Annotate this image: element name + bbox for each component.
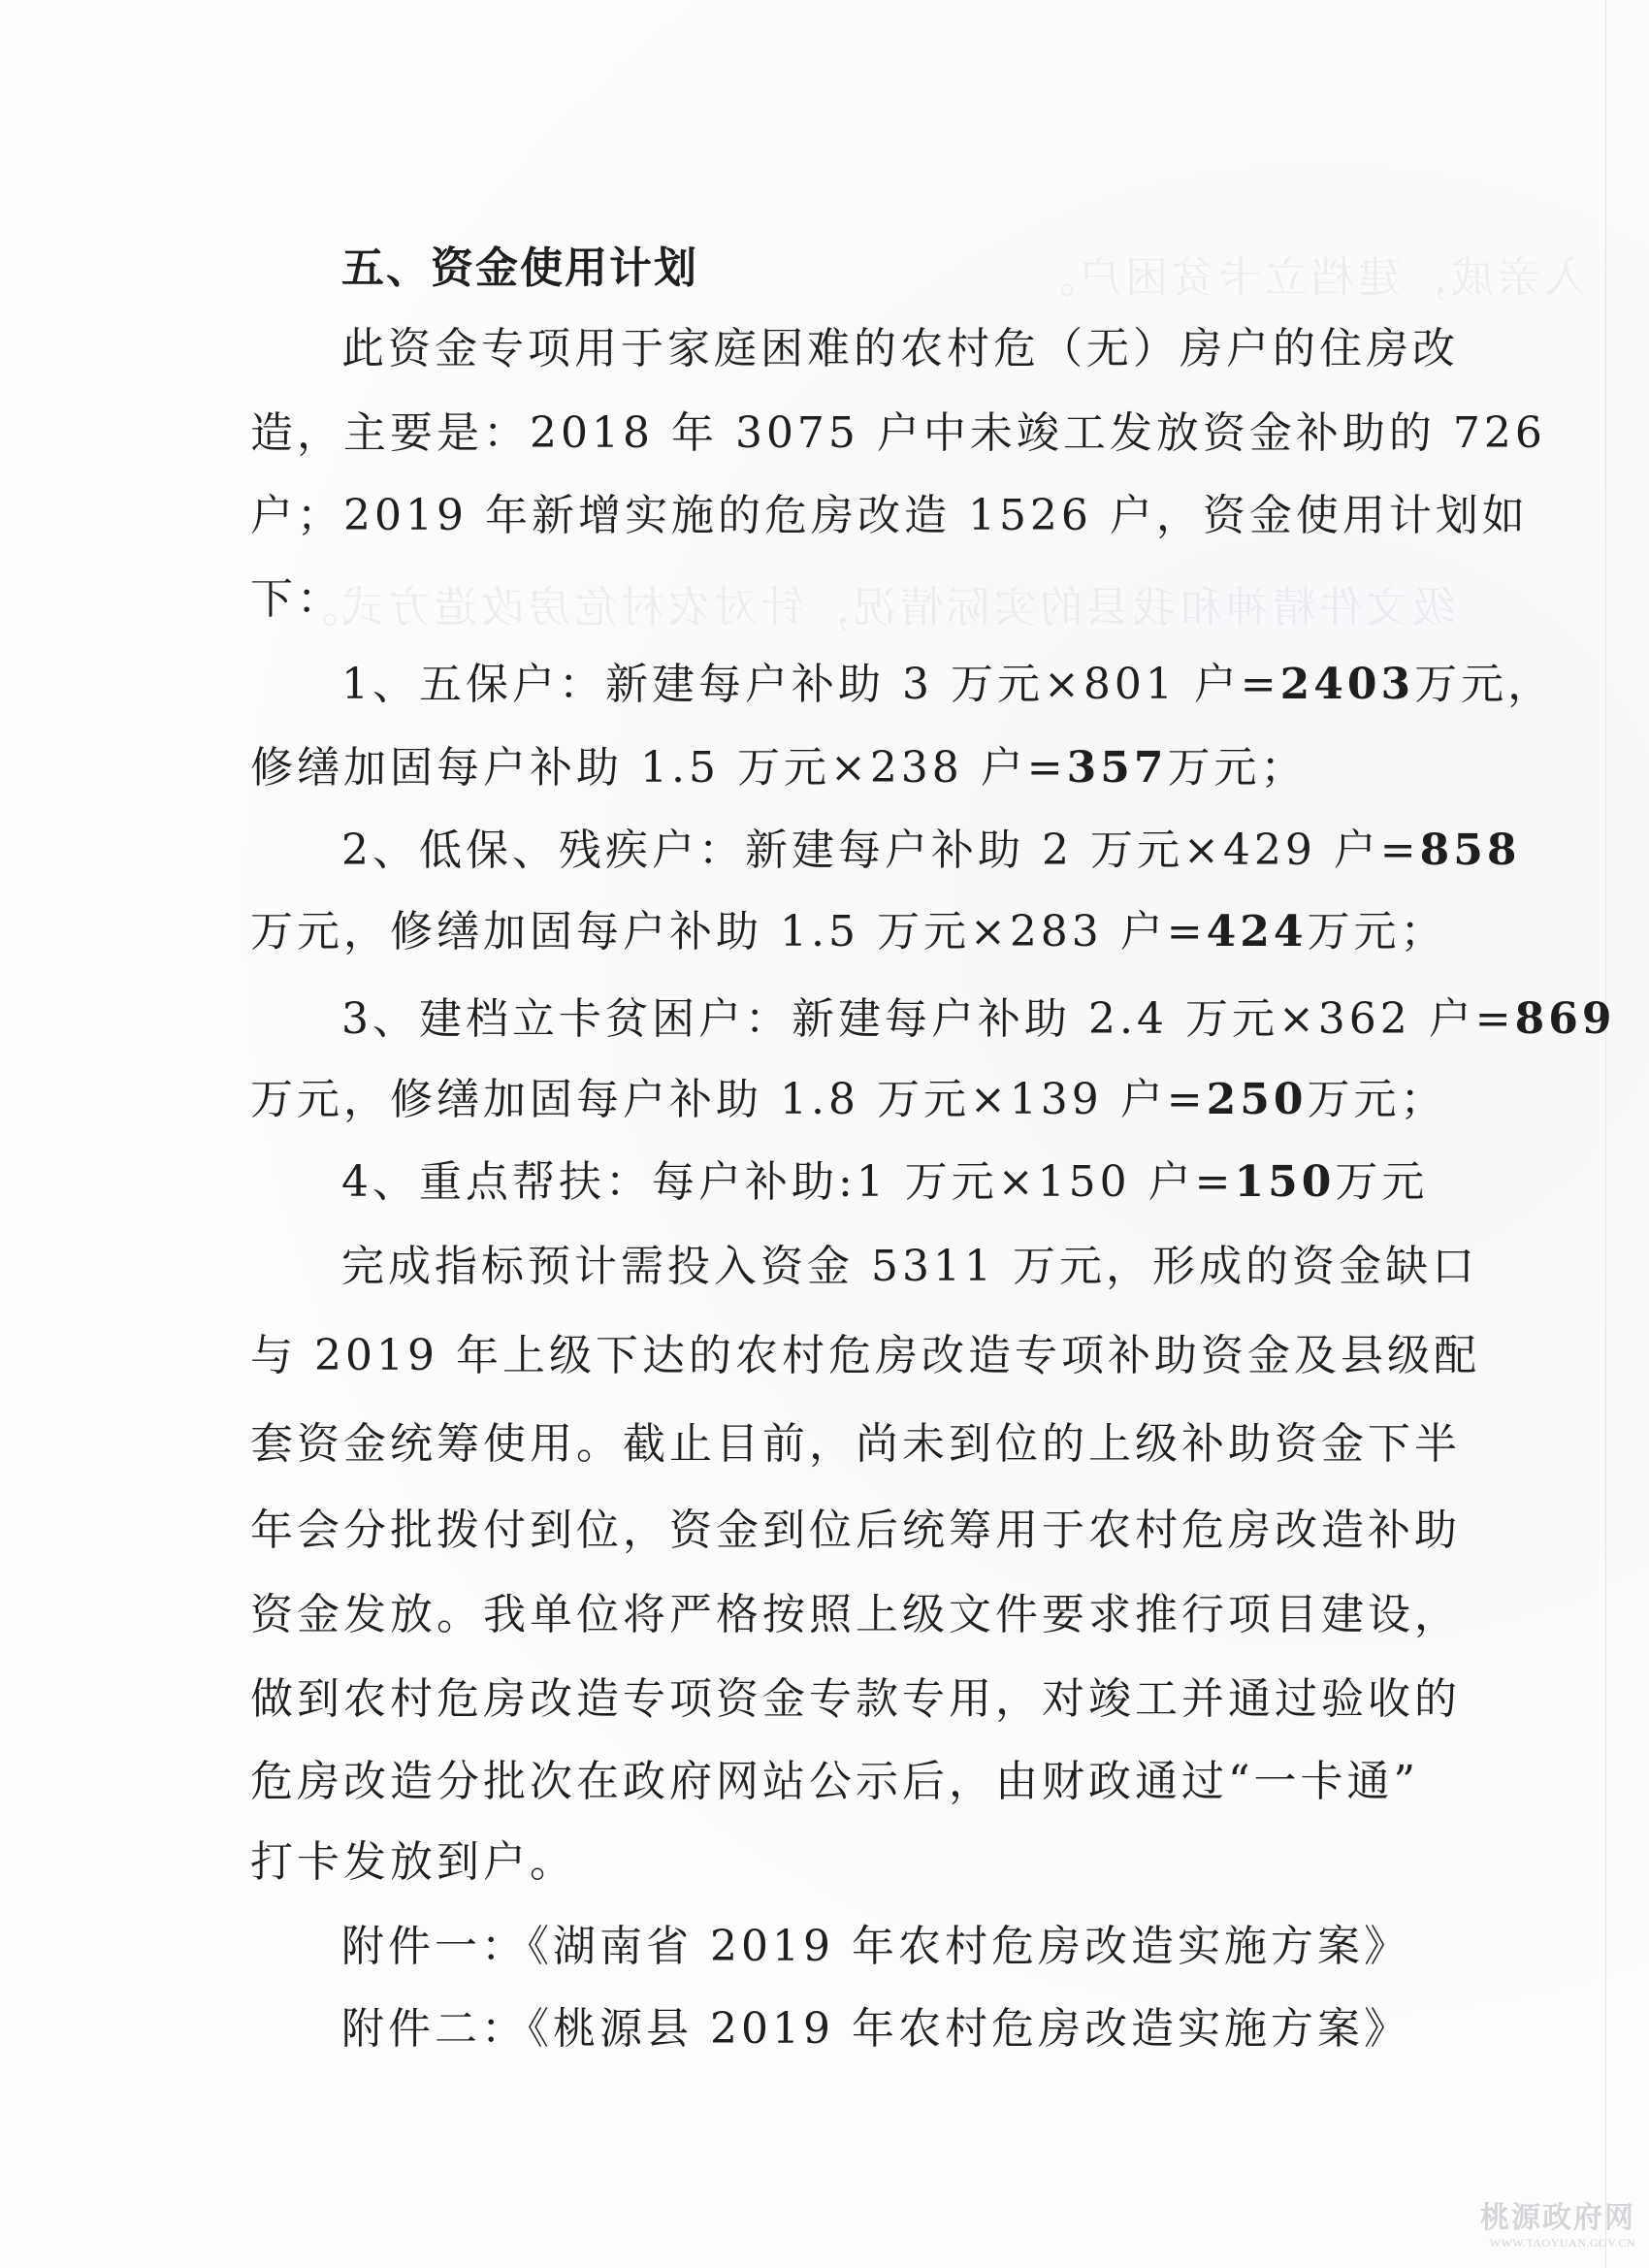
plan-item-1-line-2: 修缮加固每户补助 1.5 万元×238 户=357万元；: [250, 739, 1375, 797]
plan-item-2-line-2: 万元，修缮加固每户补助 1.5 万元×283 户=424万元；: [250, 903, 1375, 961]
attachment-2: 附件二：《桃源县 2019 年农村危房改造实施方案》: [341, 2000, 1375, 2058]
plan-item-2-line-1: 2、低保、残疾户：新建每户补助 2 万元×429 户=858: [341, 822, 1375, 880]
conclusion-line: 套资金统筹使用。截止目前，尚未到位的上级补助资金下半: [250, 1415, 1375, 1474]
plan-item-text: 1、五保户：新建每户补助 3 万元×801 户=: [341, 660, 1280, 709]
site-watermark: 桃源政府网 WWW.TAOYUAN.GOV.CN: [1480, 2193, 1635, 2251]
intro-line: 此资金专项用于家庭困难的农村危（无）房户的住房改: [341, 320, 1375, 378]
plan-item-total: 869: [1515, 994, 1616, 1044]
conclusion-line: 与 2019 年上级下达的农村危房改造专项补助资金及县级配: [250, 1327, 1375, 1385]
conclusion-line: 做到农村危房改造专项资金专款专用，对竣工并通过验收的: [250, 1670, 1375, 1729]
plan-item-text: 万元；: [1308, 1075, 1447, 1124]
watermark-url: WWW.TAOYUAN.GOV.CN: [1480, 2236, 1635, 2251]
plan-item-text: 修缮加固每户补助 1.5 万元×238 户=: [250, 743, 1067, 793]
plan-item-1-line-1: 1、五保户：新建每户补助 3 万元×801 户=2403万元，: [341, 656, 1375, 714]
bleed-through-text: 入亲戚，建档立卡贫困户。: [1028, 243, 1587, 305]
plan-item-text: 万元；: [1168, 743, 1308, 793]
plan-item-3-line-1: 3、建档立卡贫困户：新建每户补助 2.4 万元×362 户=869: [341, 990, 1375, 1049]
watermark-site-name: 桃源政府网: [1480, 2193, 1635, 2236]
plan-item-total: 357: [1067, 743, 1168, 793]
plan-item-total: 150: [1235, 1157, 1336, 1207]
plan-item-4-line-1: 4、重点帮扶：每户补助:1 万元×150 户=150万元: [341, 1153, 1375, 1212]
plan-item-text: 4、重点帮扶：每户补助:1 万元×150 户=: [341, 1157, 1235, 1207]
intro-line: 造，主要是：2018 年 3075 户中未竣工发放资金补助的 726: [250, 405, 1375, 463]
plan-item-total: 858: [1420, 826, 1521, 875]
conclusion-line: 打卡发放到户。: [250, 1833, 1375, 1892]
plan-item-text: 3、建档立卡贫困户：新建每户补助 2.4 万元×362 户=: [341, 994, 1515, 1044]
plan-item-text: 万元；: [1308, 907, 1447, 956]
conclusion-line: 危房改造分批次在政府网站公示后，由财政通过“一卡通”: [250, 1753, 1375, 1811]
plan-item-total: 424: [1207, 907, 1308, 956]
attachment-1: 附件一：《湖南省 2019 年农村危房改造实施方案》: [341, 1918, 1375, 1976]
conclusion-line: 完成指标预计需投入资金 5311 万元，形成的资金缺口: [341, 1238, 1375, 1296]
plan-item-text: 万元: [1335, 1157, 1428, 1207]
plan-item-total: 250: [1207, 1075, 1308, 1124]
section-heading: 五、资金使用计划: [341, 240, 698, 298]
intro-line: 户；2019 年新增实施的危房改造 1526 户，资金使用计划如: [250, 487, 1375, 545]
plan-item-text: 万元，修缮加固每户补助 1.5 万元×283 户=: [250, 907, 1207, 956]
plan-item-text: 2、低保、残疾户：新建每户补助 2 万元×429 户=: [341, 826, 1420, 875]
scan-edge-line: [1605, 0, 1606, 2268]
conclusion-line: 资金发放。我单位将严格按照上级文件要求推行项目建设，: [250, 1586, 1375, 1644]
plan-item-3-line-2: 万元，修缮加固每户补助 1.8 万元×139 户=250万元；: [250, 1071, 1375, 1129]
conclusion-line: 年会分批拨付到位，资金到位后统筹用于农村危房改造补助: [250, 1502, 1375, 1560]
plan-item-text: 万元，修缮加固每户补助 1.8 万元×139 户=: [250, 1075, 1207, 1124]
plan-item-total: 2403: [1280, 660, 1414, 709]
intro-line: 下：: [250, 570, 1375, 629]
scanned-document-page: 入亲戚，建档立卡贫困户。 级文件精神和我县的实际情况，针对农村危房改造方式。 五…: [0, 0, 1649, 2268]
plan-item-text: 万元，: [1414, 660, 1554, 709]
